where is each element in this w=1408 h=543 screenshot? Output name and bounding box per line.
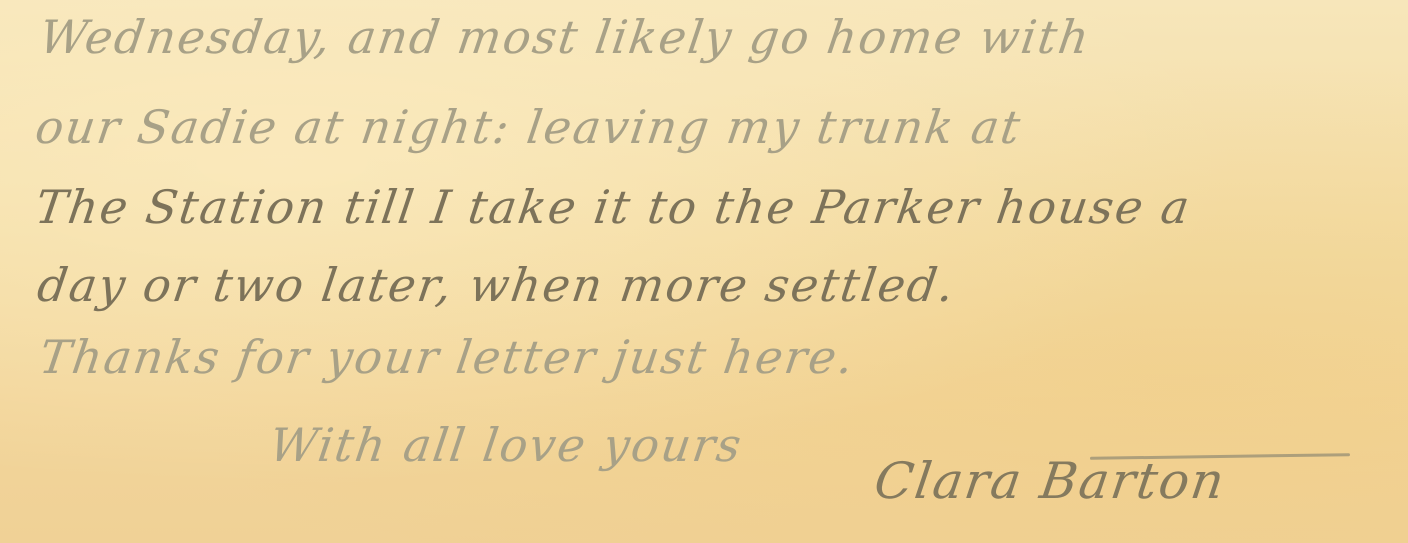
signature: Clara Barton bbox=[871, 452, 1230, 510]
letter-line-1: Wednesday, and most likely go home with bbox=[36, 10, 1094, 64]
letter-page: Wednesday, and most likely go home with … bbox=[0, 0, 1408, 543]
letter-closing: With all love yours bbox=[266, 418, 746, 472]
letter-line-2: our Sadie at night: leaving my trunk at bbox=[32, 100, 1025, 154]
letter-line-4: day or two later, when more settled. bbox=[34, 258, 959, 312]
letter-line-5: Thanks for your letter just here. bbox=[36, 330, 858, 384]
letter-line-3: The Station till I take it to the Parker… bbox=[32, 180, 1194, 234]
